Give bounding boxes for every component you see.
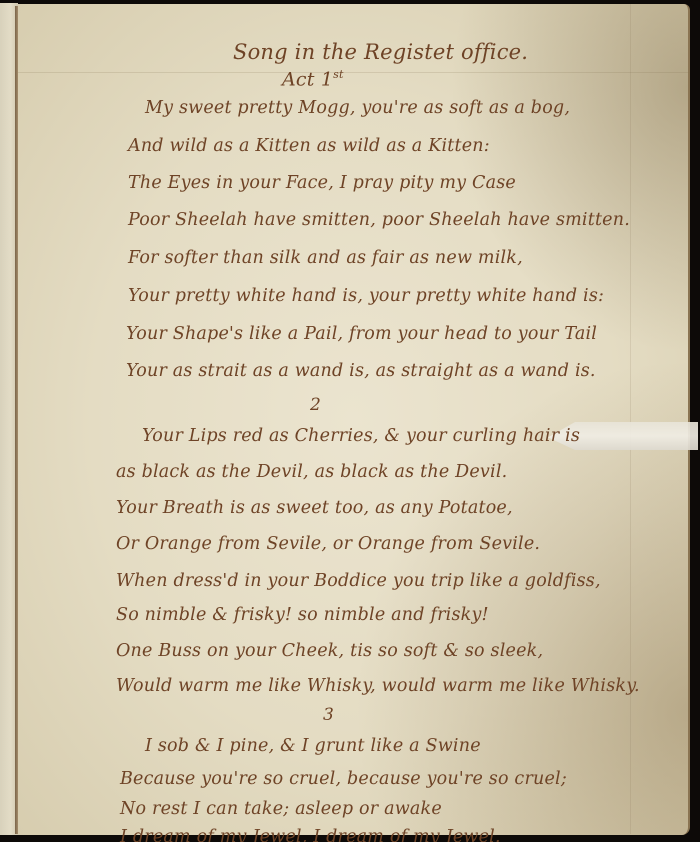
verse-line: I dream of my Jewel, I dream of my Jewel… bbox=[120, 826, 501, 842]
verse-line: My sweet pretty Mogg, you're as soft as … bbox=[145, 97, 570, 119]
verse-line: One Buss on your Cheek, tis so soft & so… bbox=[116, 640, 543, 662]
stanza-number: 2 bbox=[310, 395, 321, 415]
verse-line: Your Breath is as sweet too, as any Pota… bbox=[116, 497, 513, 519]
verse-line: Poor Sheelah have smitten, poor Sheelah … bbox=[128, 209, 630, 231]
paper-fold-line bbox=[630, 4, 631, 834]
verse-line: The Eyes in your Face, I pray pity my Ca… bbox=[128, 172, 516, 194]
act-label: Act 1 bbox=[282, 68, 333, 90]
verse-line: No rest I can take; asleep or awake bbox=[120, 798, 442, 820]
verse-line: Or Orange from Sevile, or Orange from Se… bbox=[116, 533, 540, 555]
verse-line: Would warm me like Whisky, would warm me… bbox=[116, 675, 640, 697]
paper-fold-line bbox=[18, 72, 690, 73]
verse-line: For softer than silk and as fair as new … bbox=[128, 247, 523, 269]
stanza-number: 3 bbox=[323, 705, 334, 725]
verse-line: So nimble & frisky! so nimble and frisky… bbox=[116, 604, 489, 626]
act-heading: Act 1st bbox=[282, 68, 344, 90]
manuscript-scan: Song in the Registet office. Act 1st My … bbox=[0, 0, 700, 842]
verse-line: And wild as a Kitten as wild as a Kitten… bbox=[128, 135, 490, 157]
verse-line: When dress'd in your Boddice you trip li… bbox=[116, 570, 601, 592]
verse-line: Your pretty white hand is, your pretty w… bbox=[128, 285, 604, 307]
book-gutter bbox=[15, 6, 18, 834]
verse-line: Your as strait as a wand is, as straight… bbox=[126, 360, 596, 382]
verse-line: Your Shape's like a Pail, from your head… bbox=[126, 323, 597, 345]
verse-line: as black as the Devil, as black as the D… bbox=[116, 461, 507, 483]
verse-line: Your Lips red as Cherries, & your curlin… bbox=[142, 425, 580, 447]
verse-line: I sob & I pine, & I grunt like a Swine bbox=[145, 735, 481, 757]
page-title: Song in the Registet office. bbox=[233, 40, 528, 64]
verse-line: Because you're so cruel, because you're … bbox=[120, 768, 567, 790]
manuscript-page bbox=[18, 4, 690, 835]
act-superscript: st bbox=[333, 68, 343, 81]
